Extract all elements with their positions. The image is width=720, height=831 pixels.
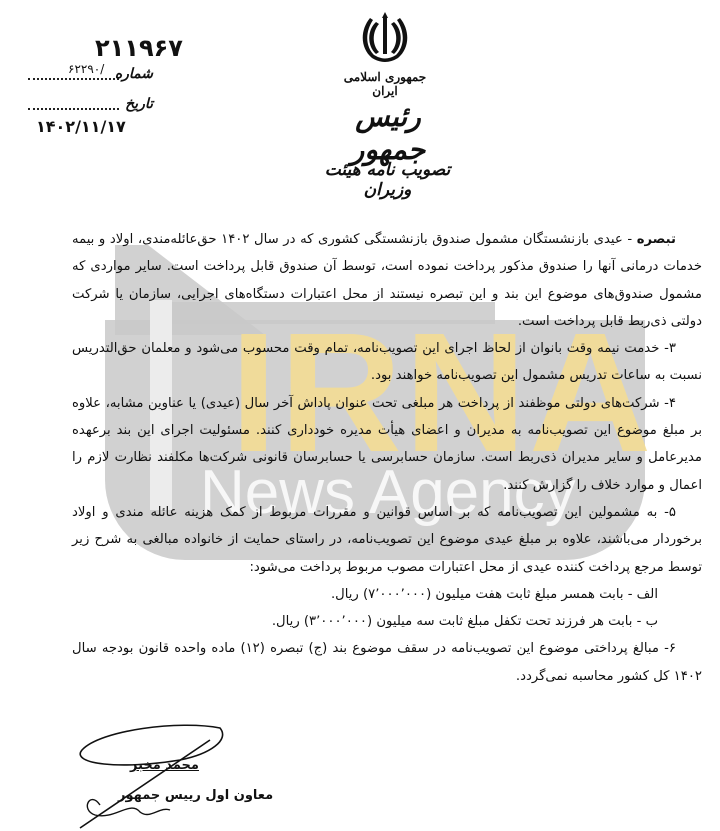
resolution-title: تصویب نامه هیئت وزیران bbox=[300, 160, 475, 200]
signer-title: معاون اول رییس جمهور bbox=[118, 788, 273, 803]
note-label: تبصره bbox=[637, 232, 676, 247]
note-paragraph: تبصره - عیدی بازنشستگان مشمول صندوق بازن… bbox=[72, 226, 702, 335]
reference-number: ۲۱۱۹۶۷ bbox=[95, 34, 183, 62]
number-dotted-line bbox=[28, 78, 119, 80]
number-field: ۶۲۲۹۰/ شماره bbox=[28, 62, 153, 84]
item-4: ۴- شرکت‌های دولتی موظفند از پرداخت هر مب… bbox=[72, 390, 702, 499]
document-body: تبصره - عیدی بازنشستگان مشمول صندوق بازن… bbox=[72, 226, 702, 690]
item-5a: الف - بابت همسر مبلغ ثابت هفت میلیون (۷٬… bbox=[72, 581, 702, 608]
signature-scribble-icon bbox=[60, 720, 240, 830]
item-5b: ب - بابت هر فرزند تحت تکفل مبلغ ثابت سه … bbox=[72, 608, 702, 635]
item-3: ۳- خدمت نیمه وقت بانوان از لحاظ اجرای ای… bbox=[72, 335, 702, 390]
president-title: رئیس جمهور bbox=[318, 100, 458, 166]
date-label: تاریخ bbox=[125, 96, 153, 112]
signer-name: محمد مخبر bbox=[130, 758, 199, 773]
republic-title: جمهوری اسلامی ایران bbox=[330, 70, 440, 98]
iran-emblem-icon bbox=[362, 8, 408, 64]
date-field: تاریخ bbox=[28, 92, 153, 114]
date-value: ۱۴۰۲/۱۱/۱۷ bbox=[36, 117, 126, 136]
number-value: ۶۲۲۹۰/ bbox=[68, 62, 104, 76]
date-dotted-line bbox=[28, 108, 119, 110]
item-5: ۵- به مشمولین این تصویب‌نامه که بر اساس … bbox=[72, 499, 702, 581]
number-label: شماره bbox=[115, 66, 153, 82]
item-6: ۶- مبالغ پرداختی موضوع این تصویب‌نامه در… bbox=[72, 635, 702, 690]
note-text: - عیدی بازنشستگان مشمول صندوق بازنشستگی … bbox=[72, 232, 702, 329]
